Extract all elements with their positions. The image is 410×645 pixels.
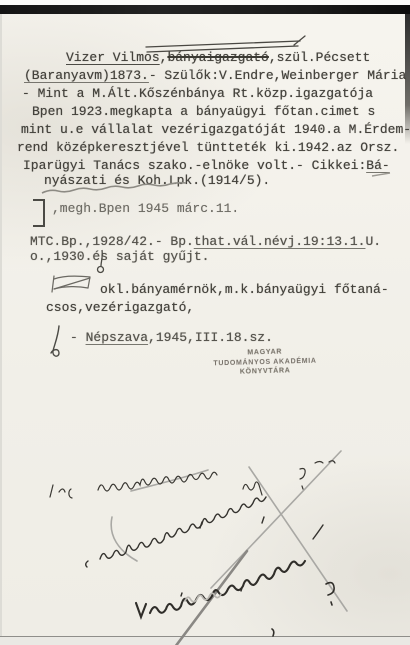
- text-fragment: Bá-: [366, 158, 389, 173]
- person-name: Vizer Vilmos: [66, 50, 160, 65]
- profession-line-2: csos,vezérigazgató,: [46, 299, 194, 316]
- profession-line-1: okl.bányamérnök,m.k.bányaügyi főtaná-: [100, 281, 389, 298]
- text-fragment: - Szülők:V.Endre,Weinberger Mária: [149, 68, 406, 83]
- text-fragment: that.vál.névj.19:13.1.: [194, 234, 366, 249]
- bio-line-1: Vizer Vilmos,bányaigazgató,szül.Pécsett: [66, 49, 370, 66]
- source-line-2: o.,1930.és saját gyűjt.: [30, 248, 209, 265]
- bio-line-5: mint u.e vállalat vezérigazgatóját 1940.…: [21, 121, 410, 138]
- bio-line-8: nyászati és Koh.Lpk.(1914/5).: [44, 172, 270, 189]
- scan-edge-left: [0, 14, 2, 636]
- scan-edge-bottom: [0, 636, 410, 645]
- struck-word: bányaigazgató: [167, 50, 268, 65]
- newspaper-title: Népszava: [86, 330, 148, 345]
- birth-year: )1873.: [102, 68, 149, 83]
- text-fragment: (Baranyavm: [24, 68, 102, 83]
- scan-edge-black: [0, 5, 410, 14]
- reference-line: - Népszava,1945,III.18.sz.: [70, 329, 273, 346]
- text-fragment: MTC.Bp.,1928/42.- Bp.: [30, 234, 194, 249]
- text-fragment: ,1945,III.18.sz.: [148, 330, 273, 345]
- bio-line-4: Bpen 1923.megkapta a bányaügyi főtan.cim…: [32, 103, 375, 120]
- bio-line-6: rend középkeresztjével tüntteték ki.1942…: [17, 139, 399, 156]
- text-fragment: U.: [365, 234, 381, 249]
- bio-line-3: - Mint a M.Ált.Kőszénbánya Rt.közp.igazg…: [22, 85, 373, 102]
- bio-line-2: (Baranyavm)1873.- Szülők:V.Endre,Weinber…: [24, 67, 406, 84]
- text-fragment: -: [70, 330, 78, 345]
- text-fragment: ,szül.Pécsett: [269, 50, 370, 65]
- scanned-card: Vizer Vilmos,bányaigazgató,szül.Pécsett …: [0, 0, 410, 645]
- library-stamp: MAGYAR TUDOMÁNYOS AKADÉMIA KÖNYVTÁRA: [205, 346, 326, 378]
- death-line: ,megh.Bpen 1945 márc.11.: [52, 200, 239, 217]
- text-fragment: Iparügyi Tanács szako.-elnöke volt.- Cik…: [23, 158, 366, 173]
